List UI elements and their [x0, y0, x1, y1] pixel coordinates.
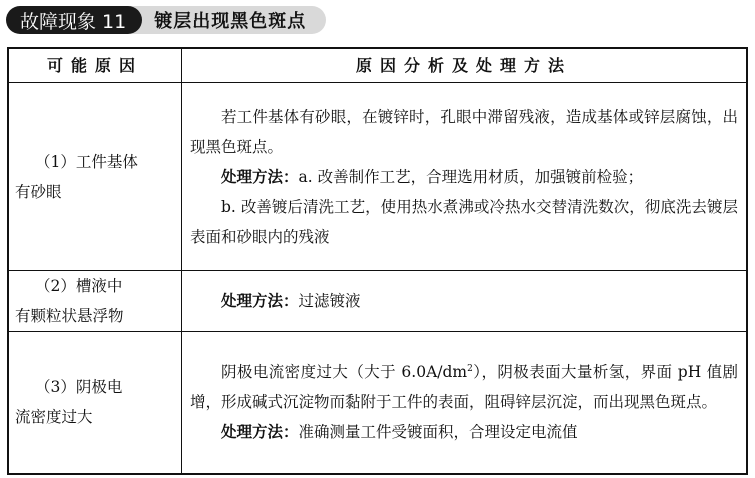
method-label: 处理方法：: [221, 168, 299, 186]
header-possible-cause: 可能原因: [8, 48, 182, 83]
table-row: （3）阴极电 流密度过大 阴极电流密度过大（大于 6.0A/dm2），阴极表面大…: [8, 332, 747, 474]
fault-banner: 故障现象 11 镀层出现黑色斑点: [6, 6, 326, 34]
analysis-text-before: 阴极电流密度过大（大于 6.0A/dm: [221, 363, 467, 381]
table-header-row: 可能原因 原因分析及处理方法: [8, 48, 747, 83]
cause-line-2: 有砂眼: [15, 177, 173, 207]
fault-number-label: 故障现象 11: [6, 6, 142, 34]
analysis-paragraph: 若工件基体有砂眼，在镀锌时，孔眼中滞留残液，造成基体或锌层腐蚀，出现黑色斑点。: [190, 102, 738, 162]
method-text: 过滤镀液: [299, 292, 361, 310]
method-label: 处理方法：: [221, 423, 299, 441]
cause-cell: （1）工件基体 有砂眼: [8, 83, 182, 271]
method-paragraph: 处理方法：准确测量工件受镀面积，合理设定电流值: [190, 417, 738, 447]
cause-line-1: （3）阴极电: [15, 372, 173, 402]
cause-cell: （2）槽液中 有颗粒状悬浮物: [8, 271, 182, 332]
analysis-cell: 若工件基体有砂眼，在镀锌时，孔眼中滞留残液，造成基体或锌层腐蚀，出现黑色斑点。 …: [182, 83, 748, 271]
cause-line-2: 流密度过大: [15, 402, 173, 432]
method-text: 准确测量工件受镀面积，合理设定电流值: [299, 423, 578, 441]
cause-line-1: （1）工件基体: [15, 147, 173, 177]
fault-title: 镀层出现黑色斑点: [128, 6, 326, 34]
analysis-cell: 阴极电流密度过大（大于 6.0A/dm2），阴极表面大量析氢，界面 pH 值剧增…: [182, 332, 748, 474]
header-analysis-method: 原因分析及处理方法: [182, 48, 748, 83]
method-label: 处理方法：: [221, 292, 299, 310]
method-paragraph-b: b. 改善镀后清洗工艺，使用热水煮沸或冷热水交替清洗数次，彻底洗去镀层表面和砂眼…: [190, 192, 738, 252]
method-paragraph-a: 处理方法：a. 改善制作工艺，合理选用材质，加强镀前检验；: [190, 162, 738, 192]
cause-cell: （3）阴极电 流密度过大: [8, 332, 182, 474]
table-row: （1）工件基体 有砂眼 若工件基体有砂眼，在镀锌时，孔眼中滞留残液，造成基体或锌…: [8, 83, 747, 271]
method-paragraph: 处理方法：过滤镀液: [190, 286, 738, 316]
cause-line-1: （2）槽液中: [15, 271, 173, 301]
analysis-cell: 处理方法：过滤镀液: [182, 271, 748, 332]
cause-line-2: 有颗粒状悬浮物: [15, 301, 173, 331]
method-a-text: a. 改善制作工艺，合理选用材质，加强镀前检验；: [299, 168, 644, 186]
fault-analysis-table: 可能原因 原因分析及处理方法 （1）工件基体 有砂眼 若工件基体有砂眼，在镀锌时…: [7, 47, 748, 475]
table-row: （2）槽液中 有颗粒状悬浮物 处理方法：过滤镀液: [8, 271, 747, 332]
analysis-paragraph: 阴极电流密度过大（大于 6.0A/dm2），阴极表面大量析氢，界面 pH 值剧增…: [190, 357, 738, 417]
